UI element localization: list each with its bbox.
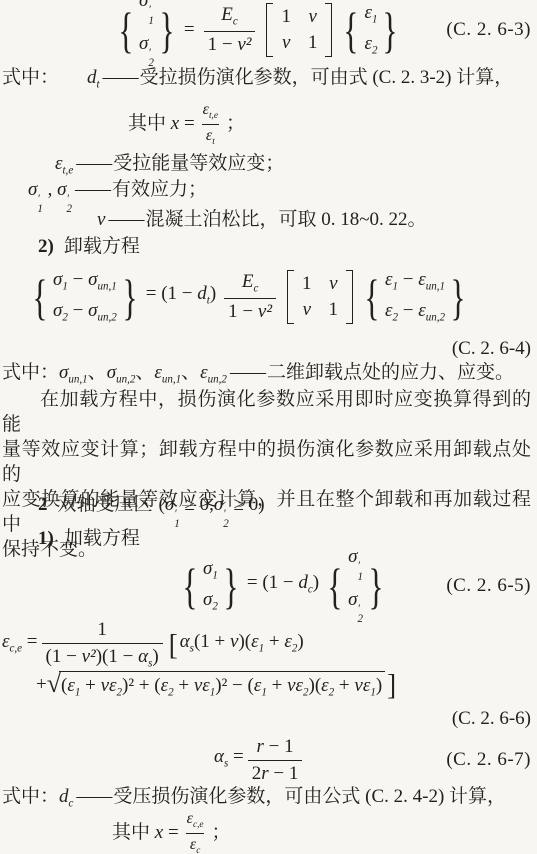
where-text: 受拉能量等效应变； — [113, 152, 284, 176]
close-square-bracket: ] — [387, 671, 396, 700]
eq264-rhs-row1: ε1 − εun,1 — [385, 270, 445, 293]
right-brace: } — [451, 275, 466, 320]
eq265-lhs-row1: σ1 — [203, 559, 218, 582]
heading-number: 1) — [38, 527, 54, 551]
x-fraction: εt,e εt — [199, 101, 222, 147]
where-clause-x-compression: 其中 x = εc,e εc ； — [2, 812, 531, 854]
left-bracket — [287, 270, 294, 324]
unload-equation-heading: 2) 卸载方程 — [2, 235, 531, 259]
eq265-rhs-row2: σ′2 — [348, 590, 363, 625]
equation-label-c265: (C. 2. 6-5) — [446, 574, 531, 598]
paragraph-line: 在加载方程中，损伤演化参数应采用即时应变换算得到的能 — [2, 387, 531, 437]
eq263-rhs-vector: { ε1 ε2 } — [339, 3, 402, 56]
left-brace: { — [328, 564, 343, 609]
x-fraction: εc,e εc — [183, 810, 208, 854]
load-equation-heading: 1) 加载方程 — [2, 527, 531, 551]
equation-label-c264: (C. 2. 6-4) — [452, 338, 531, 359]
eq265-rhs-vector: { σ′1 σ′2 } — [323, 547, 388, 624]
open-square-bracket: [ — [169, 630, 178, 659]
eq266-term1: αs(1 + ν)(ε1 + ε2) — [180, 630, 304, 661]
right-brace: } — [159, 8, 174, 53]
definition-dash: —— — [103, 66, 137, 90]
right-brace: } — [369, 564, 384, 609]
eq267-lead: αs = — [214, 745, 244, 776]
left-brace: { — [365, 275, 380, 320]
eq264-lhs-row1: σ1 − σun,1 — [53, 270, 117, 293]
equation-c265: { σ1 σ2 } = (1 − dc) { σ′1 σ′2 } (C. 2. … — [2, 553, 531, 619]
eq266-lead: εc,e = — [2, 630, 38, 661]
semicolon: ； — [212, 821, 231, 845]
left-brace: { — [119, 8, 134, 53]
left-brace: { — [33, 275, 48, 320]
eq263-matrix: 1 ν ν 1 — [266, 3, 332, 57]
symbol-nu: ν — [97, 208, 105, 232]
where-text: 二维卸载点处的应力、应变。 — [267, 361, 514, 385]
eq265-lhs-row2: σ2 — [203, 590, 218, 613]
radicand: (ε1 + νε2)² + (ε2 + νε1)² − (ε1 + νε2)(ε… — [59, 671, 385, 699]
section-condition: (σ′1 ≥ 0,σ′2 ≥ 0) — [159, 493, 265, 530]
equation-label-c266: (C. 2. 6-6) — [452, 708, 531, 729]
right-brace: } — [383, 8, 398, 53]
eq263-lhs-row1: σ′1 — [139, 0, 154, 26]
document-page: { σ′1 σ′2 } = Ec 1 − ν² 1 ν ν 1 { ε1 — [0, 0, 537, 854]
eq263-lhs-vector: { σ′1 σ′2 } — [114, 0, 179, 69]
equals-sign: = — [184, 18, 195, 42]
eq264-lhs-vector: { σ1 − σun,1 σ2 − σun,2 } — [28, 270, 142, 323]
where-text: 混凝土泊松比，可取 0. 18~0. 22。 — [145, 208, 426, 232]
equation-c266-line2: + √ (ε1 + νε2)² + (ε2 + νε1)² − (ε1 + νε… — [2, 671, 531, 699]
where-prefix: 式中： — [2, 785, 59, 809]
equation-label-c263: (C. 2. 6-3) — [446, 18, 531, 42]
eq265-rhs-row1: σ′1 — [348, 547, 363, 582]
equation-c266-line1: εc,e = 1 (1 − ν²)(1 − αs) [ αs(1 + ν)(ε1… — [2, 621, 531, 669]
equation-c264: { σ1 − σun,1 σ2 − σun,2 } = (1 − dt) Ec … — [2, 260, 531, 334]
left-brace: { — [183, 564, 198, 609]
eq264-rhs-row2: ε2 − εun,2 — [385, 301, 445, 324]
eq265-lhs-vector: { σ1 σ2 } — [178, 559, 243, 612]
symbol-dt: dt — [87, 66, 100, 97]
definition-dash: —— — [75, 178, 109, 202]
equation-label-row-c264: (C. 2. 6-4) — [2, 337, 531, 361]
plus-sign: + — [36, 673, 47, 697]
definition-dash: —— — [230, 361, 264, 385]
definition-dash: —— — [76, 785, 110, 809]
eq264-mid: = (1 − dt) — [146, 282, 216, 313]
eq264-lhs-row2: σ2 − σun,2 — [53, 301, 117, 324]
right-brace: } — [223, 564, 238, 609]
eq264-matrix: 1 ν ν 1 — [287, 270, 353, 324]
square-root: √ (ε1 + νε2)² + (ε2 + νε1)² − (ε1 + νε2)… — [47, 671, 385, 699]
left-bracket — [266, 3, 273, 57]
eq263-rhs-row2: ε2 — [364, 34, 377, 57]
eq264-rhs-vector: { ε1 − εun,1 ε2 − εun,2 } — [360, 270, 470, 323]
eq263-rhs-row1: ε1 — [364, 3, 377, 26]
eq263-fraction: Ec 1 − ν² — [204, 4, 256, 55]
where-clause-nu: ν —— 混凝土泊松比，可取 0. 18~0. 22。 — [2, 208, 531, 232]
heading-number: 2) — [38, 235, 54, 259]
where-text: 有效应力； — [112, 178, 207, 202]
heading-text: 加载方程 — [64, 527, 140, 551]
right-brace: } — [122, 275, 137, 320]
equation-c263: { σ′1 σ′2 } = Ec 1 − ν² 1 ν ν 1 { ε1 — [2, 0, 531, 60]
section-title: 双轴受压区 — [58, 493, 153, 517]
eq263-lhs-row2: σ′2 — [139, 34, 154, 69]
where-text: 受拉损伤演化参数，可由式 (C. 2. 3-2) 计算， — [140, 66, 514, 90]
right-bracket — [346, 270, 353, 324]
where-prefix: 式中： — [2, 361, 59, 385]
eq267-fraction: r − 1 2r − 1 — [248, 736, 303, 785]
left-brace: { — [344, 8, 359, 53]
where-x-lead: 其中 x = — [128, 112, 195, 136]
section2-heading: 2 双轴受压区 (σ′1 ≥ 0,σ′2 ≥ 0) — [2, 493, 531, 530]
section-number: 2 — [38, 493, 48, 517]
right-bracket — [325, 3, 332, 57]
heading-text: 卸载方程 — [64, 235, 140, 259]
eq265-mid: = (1 − dc) — [247, 571, 319, 602]
where-prefix: 式中： — [2, 66, 59, 90]
where-text: 受压损伤演化参数，可由公式 (C. 2. 4-2) 计算， — [113, 785, 506, 809]
equation-label-row-c266: (C. 2. 6-6) — [2, 707, 531, 731]
where-clause-dt: 式中： dt —— 受拉损伤演化参数，可由式 (C. 2. 3-2) 计算， — [2, 66, 531, 97]
where-x-lead: 其中 x = — [112, 821, 179, 845]
paragraph-line: 量等效应变计算；卸载方程中的损伤演化参数应采用卸载点处的 — [2, 437, 531, 487]
where-clause-x-tension: 其中 x = εt,e εt ； — [2, 100, 531, 148]
eq264-fraction: Ec 1 − ν² — [224, 271, 276, 322]
semicolon: ； — [226, 112, 245, 136]
definition-dash: —— — [76, 152, 110, 176]
definition-dash: —— — [108, 208, 142, 232]
eq266-fraction: 1 (1 − ν²)(1 − αs) — [42, 619, 163, 670]
equation-label-c267: (C. 2. 6-7) — [446, 748, 531, 772]
equation-c267: αs = r − 1 2r − 1 (C. 2. 6-7) — [2, 737, 531, 783]
